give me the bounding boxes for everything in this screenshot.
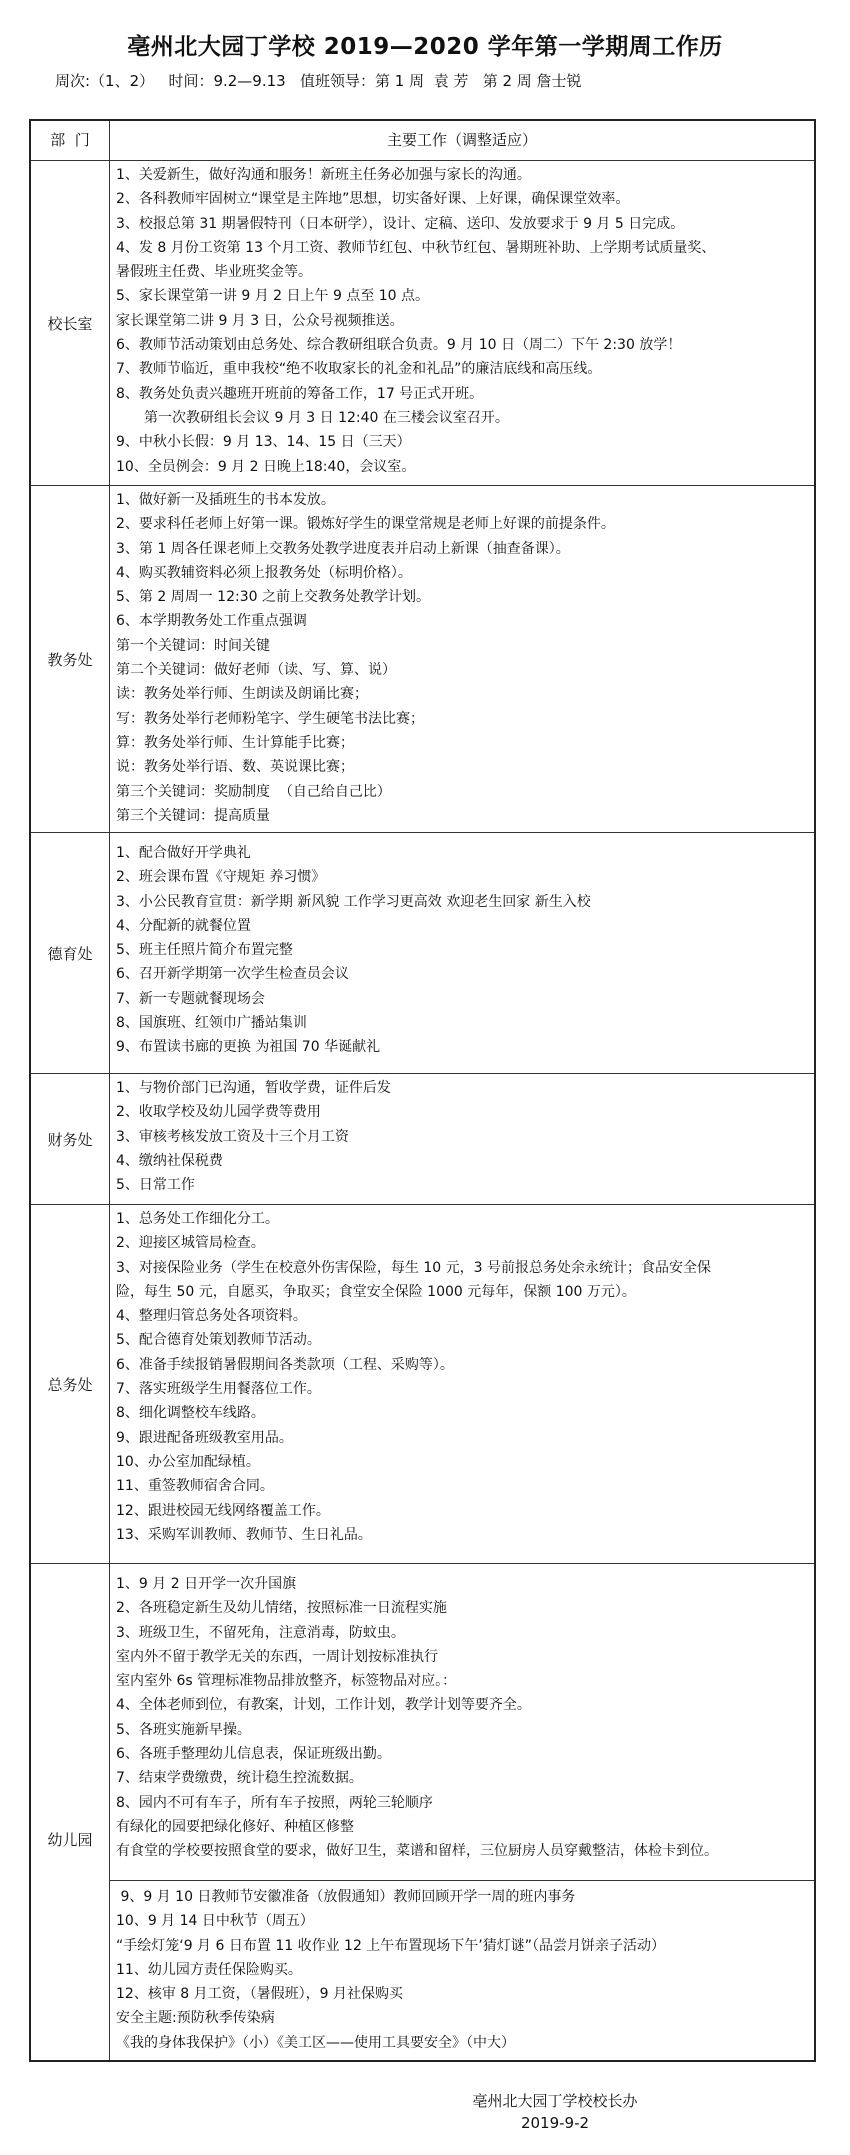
list-item: 4、整理归管总务处各项资料。: [116, 1304, 808, 1328]
work-items: 1、做好新一及插班生的书本发放。 2、要求科任老师上好第一课。锻炼好学生的课堂常…: [110, 486, 814, 832]
list-item: 4、分配新的就餐位置: [116, 914, 808, 938]
list-item: 1、配合做好开学典礼: [116, 841, 808, 865]
list-item: 6、准备手续报销暑假期间各类款项（工程、采购等）。: [116, 1353, 808, 1377]
dept-label: 财务处: [31, 1074, 110, 1204]
list-item: 10、全员例会：9 月 2 日晚上18:40，会议室。: [116, 455, 808, 479]
list-item: 暑假班主任费、毕业班奖金等。: [116, 260, 808, 284]
list-item: 10、9 月 14 日中秋节（周五）: [116, 1909, 808, 1933]
list-item: 3、对接保险业务（学生在校意外伤害保险，每生 10 元，3 号前报总务处余永统计…: [116, 1256, 808, 1280]
list-item: 6、各班手整理幼儿信息表，保证班级出勤。: [116, 1742, 808, 1766]
list-item: 3、班级卫生，不留死角，注意消毒，防蚊虫。: [116, 1621, 808, 1645]
list-item: 12、核审 8 月工资，（暑假班），9 月社保购买: [116, 1982, 808, 2006]
work-items: 1、9 月 2 日开学一次升国旗 2、各班稳定新生及幼儿情绪，按照标准一日流程实…: [110, 1564, 814, 1880]
list-item: 3、审核考核发放工资及十三个月工资: [116, 1125, 808, 1149]
work-items: 1、总务处工作细化分工。 2、迎接区城管局检查。 3、对接保险业务（学生在校意外…: [110, 1205, 814, 1563]
list-item: 7、落实班级学生用餐落位工作。: [116, 1377, 808, 1401]
dept-label: 教务处: [31, 486, 110, 832]
list-item: 写：教务处举行老师粉笔字、学生硬笔书法比赛；: [116, 707, 808, 731]
list-item: 5、配合德育处策划教师节活动。: [116, 1328, 808, 1352]
list-item: 室内室外 6s 管理标准物品排放整齐，标签物品对应。：: [116, 1669, 808, 1693]
table-row-general-affairs: 总务处 1、总务处工作细化分工。 2、迎接区城管局检查。 3、对接保险业务（学生…: [31, 1204, 814, 1563]
list-item: 5、日常工作: [116, 1173, 808, 1197]
list-item: “手绘灯笼‘9 月 6 日布置 11 收作业 12 上午布置现场下午’猜灯谜”（…: [116, 1934, 808, 1958]
list-item: 读：教务处举行师、生朗读及朗诵比赛；: [116, 682, 808, 706]
list-item: 1、9 月 2 日开学一次升国旗: [116, 1572, 808, 1596]
list-item: 2、收取学校及幼儿园学费等费用: [116, 1100, 808, 1124]
table-row-kindergarten-continued: 9、9 月 10 日教师节安徽准备（放假通知）教师回顾开学一周的班内事务 10、…: [31, 1880, 814, 2060]
issue-date: 2019-9-2: [130, 2114, 850, 2132]
list-item: 9、布置读书廊的更换 为祖国 70 华诞献礼: [116, 1035, 808, 1059]
list-item: 1、关爱新生，做好沟通和服务！新班主任务必加强与家长的沟通。: [116, 163, 808, 187]
list-item: 8、园内不可有车子，所有车子按照，两轮三轮顺序: [116, 1791, 808, 1815]
list-item: 2、要求科任老师上好第一课。锻炼好学生的课堂常规是老师上好课的前提条件。: [116, 512, 808, 536]
table-row-academic-affairs: 教务处 1、做好新一及插班生的书本发放。 2、要求科任老师上好第一课。锻炼好学生…: [31, 485, 814, 832]
list-item: 7、教师节临近，重申我校“绝不收取家长的礼金和礼品”的廉洁底线和高压线。: [116, 357, 808, 381]
document-title: 亳州北大园丁学校 2019—2020 学年第一学期周工作历: [0, 28, 850, 61]
table-row-moral-education: 德育处 1、配合做好开学典礼 2、班会课布置《守规矩 养习惯》 3、小公民教育宣…: [31, 832, 814, 1073]
list-item: 9、跟进配备班级教室用品。: [116, 1426, 808, 1450]
issuing-office: 亳州北大园丁学校校长办: [130, 2090, 850, 2111]
list-item: 2、班会课布置《守规矩 养习惯》: [116, 865, 808, 889]
list-item: 9、9 月 10 日教师节安徽准备（放假通知）教师回顾开学一周的班内事务: [116, 1885, 808, 1909]
list-item: 《我的身体我保护》（小）《美工区——使用工具要安全》（中大）: [116, 2031, 808, 2055]
list-item: 安全主题:预防秋季传染病: [116, 2006, 808, 2030]
list-item: 8、国旗班、红领巾广播站集训: [116, 1011, 808, 1035]
work-items: 9、9 月 10 日教师节安徽准备（放假通知）教师回顾开学一周的班内事务 10、…: [110, 1880, 814, 2060]
list-item: 13、采购军训教师、教师节、生日礼品。: [116, 1523, 808, 1547]
list-item: 第二个关键词：做好老师（读、写、算、说）: [116, 658, 808, 682]
list-item: 算：教务处举行师、生计算能手比赛；: [116, 731, 808, 755]
list-item: 11、重签教师宿舍合同。: [116, 1474, 808, 1498]
list-item: 9、中秋小长假：9 月 13、14、15 日（三天）: [116, 430, 808, 454]
list-item: 6、本学期教务处工作重点强调: [116, 609, 808, 633]
header-dept: 部 门: [31, 121, 110, 160]
list-item: 第三个关键词：提高质量: [116, 804, 808, 828]
dept-label: [31, 1880, 110, 2060]
work-items: 1、与物价部门已沟通，暂收学费，证件后发 2、收取学校及幼儿园学费等费用 3、审…: [110, 1074, 814, 1204]
list-item: 7、新一专题就餐现场会: [116, 987, 808, 1011]
list-item: 5、各班实施新早操。: [116, 1718, 808, 1742]
table-row-finance: 财务处 1、与物价部门已沟通，暂收学费，证件后发 2、收取学校及幼儿园学费等费用…: [31, 1073, 814, 1204]
list-item: 室内外不留于教学无关的东西，一周计划按标准执行: [116, 1645, 808, 1669]
list-item: 5、家长课堂第一讲 9 月 2 日上午 9 点至 10 点。: [116, 284, 808, 308]
dept-label: 德育处: [31, 833, 110, 1073]
list-item: 有食堂的学校要按照食堂的要求，做好卫生，菜谱和留样，三位厨房人员穿戴整洁，体检卡…: [116, 1839, 808, 1863]
work-items: 1、配合做好开学典礼 2、班会课布置《守规矩 养习惯》 3、小公民教育宣贯：新学…: [110, 833, 814, 1073]
list-item: 第三个关键词：奖励制度 （自己给自己比）: [116, 780, 808, 804]
list-item: 5、第 2 周周一 12:30 之前上交教务处教学计划。: [116, 585, 808, 609]
list-item: 4、发 8 月份工资第 13 个月工资、教师节红包、中秋节红包、暑期班补助、上学…: [116, 236, 808, 260]
list-item: 3、校报总第 31 期暑假特刊（日本研学），设计、定稿、送印、发放要求于 9 月…: [116, 212, 808, 236]
list-item: 3、第 1 周各任课老师上交教务处教学进度表并启动上新课（抽查备课）。: [116, 537, 808, 561]
dept-label: 总务处: [31, 1205, 110, 1563]
work-calendar-table: 部 门 主要工作（调整适应） 校长室 1、关爱新生，做好沟通和服务！新班主任务必…: [29, 119, 816, 2062]
list-item: 4、购买教辅资料必须上报教务处（标明价格）。: [116, 561, 808, 585]
table-header-row: 部 门 主要工作（调整适应）: [31, 121, 814, 160]
list-item: 5、班主任照片简介布置完整: [116, 938, 808, 962]
work-items: 1、关爱新生，做好沟通和服务！新班主任务必加强与家长的沟通。 2、各科教师牢固树…: [110, 161, 814, 485]
table-row-kindergarten: 幼儿园 1、9 月 2 日开学一次升国旗 2、各班稳定新生及幼儿情绪，按照标准一…: [31, 1563, 814, 1880]
list-item: 1、做好新一及插班生的书本发放。: [116, 488, 808, 512]
list-item: 说：教务处举行语、数、英说课比赛；: [116, 755, 808, 779]
list-item: 1、与物价部门已沟通，暂收学费，证件后发: [116, 1076, 808, 1100]
list-item: 第一次教研组长会议 9 月 3 日 12:40 在三楼会议室召开。: [116, 406, 808, 430]
list-item: 7、结束学费缴费，统计稳生控流数据。: [116, 1766, 808, 1790]
dept-label: 校长室: [31, 161, 110, 485]
list-item: 6、教师节活动策划由总务处、综合教研组联合负责。9 月 10 日（周二）下午 2…: [116, 333, 808, 357]
list-item: 11、幼儿园方责任保险购买。: [116, 1958, 808, 1982]
document-subtitle: 周次:（1、2） 时间：9.2—9.13 值班领导：第 1 周 袁 芳 第 2 …: [55, 70, 582, 91]
list-item: 4、缴纳社保税费: [116, 1149, 808, 1173]
list-item: 4、全体老师到位，有教案，计划，工作计划，教学计划等要齐全。: [116, 1693, 808, 1717]
list-item: 险，每生 50 元，自愿买，争取买；食堂安全保险 1000 元每年，保额 100…: [116, 1280, 808, 1304]
list-item: 10、办公室加配绿植。: [116, 1450, 808, 1474]
dept-label: 幼儿园: [31, 1564, 110, 1880]
list-item: 6、召开新学期第一次学生检查员会议: [116, 962, 808, 986]
header-work: 主要工作（调整适应）: [110, 121, 814, 160]
list-item: 1、总务处工作细化分工。: [116, 1207, 808, 1231]
table-row-principal-office: 校长室 1、关爱新生，做好沟通和服务！新班主任务必加强与家长的沟通。 2、各科教…: [31, 160, 814, 485]
list-item: 12、跟进校园无线网络覆盖工作。: [116, 1499, 808, 1523]
list-item: 2、各科教师牢固树立“课堂是主阵地”思想，切实备好课、上好课，确保课堂效率。: [116, 187, 808, 211]
list-item: 2、各班稳定新生及幼儿情绪，按照标准一日流程实施: [116, 1596, 808, 1620]
list-item: 8、教务处负责兴趣班开班前的筹备工作，17 号正式开班。: [116, 382, 808, 406]
list-item: 3、小公民教育宣贯：新学期 新风貌 工作学习更高效 欢迎老生回家 新生入校: [116, 890, 808, 914]
list-item: 家长课堂第二讲 9 月 3 日，公众号视频推送。: [116, 309, 808, 333]
list-item: 2、迎接区城管局检查。: [116, 1231, 808, 1255]
list-item: 8、细化调整校车线路。: [116, 1401, 808, 1425]
list-item: 有绿化的园要把绿化修好、种植区修整: [116, 1815, 808, 1839]
list-item: 第一个关键词：时间关键: [116, 634, 808, 658]
